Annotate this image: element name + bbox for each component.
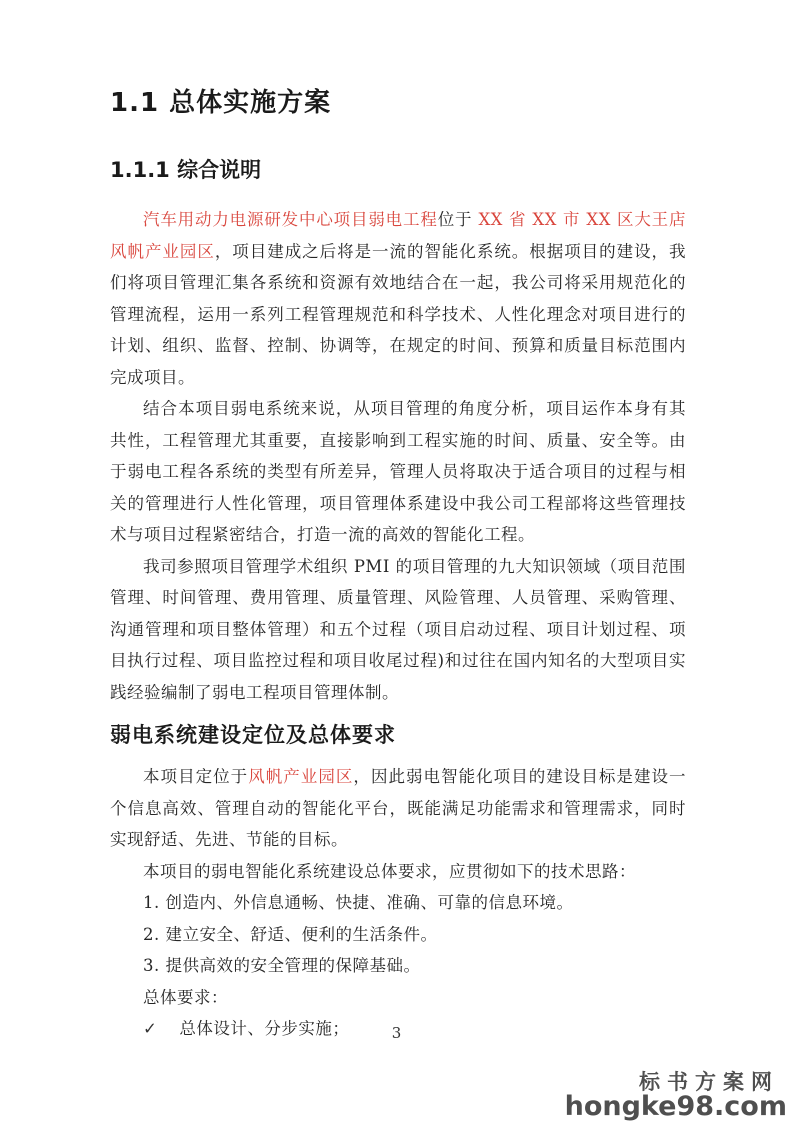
paragraph-positioning: 本项目定位于风帆产业园区，因此弱电智能化项目的建设目标是建设一个信息高效、管理自… <box>110 761 686 856</box>
section-heading-1-1-1: 1.1.1 综合说明 <box>110 156 686 184</box>
watermark-site-name: 标书方案网 <box>565 1071 779 1093</box>
paragraph-text: 位于 <box>438 210 479 229</box>
paragraph-pmi-knowledge: 我司参照项目管理学术组织 PMI 的项目管理的九大知识领域（项目范围管理、时间管… <box>110 551 686 709</box>
paragraph-text: ，项目建成之后将是一流的智能化系统。根据项目的建设，我们将项目管理汇集各系统和资… <box>110 242 686 387</box>
document-page: 1.1 总体实施方案 1.1.1 综合说明 汽车用动力电源研发中心项目弱电工程位… <box>0 0 793 1122</box>
project-name-highlight: 汽车用动力电源研发中心项目弱电工程 <box>143 210 438 229</box>
paragraph-project-management: 结合本项目弱电系统来说，从项目管理的角度分析，项目运作本身有其共性，工程管理尤其… <box>110 393 686 551</box>
park-name-highlight: 风帆产业园区 <box>248 767 353 786</box>
section-heading-1-1: 1.1 总体实施方案 <box>110 86 686 120</box>
requirements-label: 总体要求： <box>110 982 686 1014</box>
numbered-item-2: 2. 建立安全、舒适、便利的生活条件。 <box>110 919 686 951</box>
watermark-site-url: hongke98.com <box>565 1093 787 1120</box>
numbered-item-3: 3. 提供高效的安全管理的保障基础。 <box>110 950 686 982</box>
site-watermark: 标书方案网 hongke98.com <box>565 1071 787 1120</box>
section-heading-positioning: 弱电系统建设定位及总体要求 <box>110 721 686 749</box>
numbered-item-1: 1. 创造内、外信息通畅、快捷、准确、可靠的信息环境。 <box>110 887 686 919</box>
page-number: 3 <box>0 1024 793 1042</box>
paragraph-text: 本项目定位于 <box>143 767 248 786</box>
paragraph-technical-approach-intro: 本项目的弱电智能化系统建设总体要求，应贯彻如下的技术思路： <box>110 856 686 888</box>
paragraph-project-intro: 汽车用动力电源研发中心项目弱电工程位于 XX 省 XX 市 XX 区大王店风帆产… <box>110 204 686 393</box>
document-content: 1.1 总体实施方案 1.1.1 综合说明 汽车用动力电源研发中心项目弱电工程位… <box>110 0 686 1045</box>
